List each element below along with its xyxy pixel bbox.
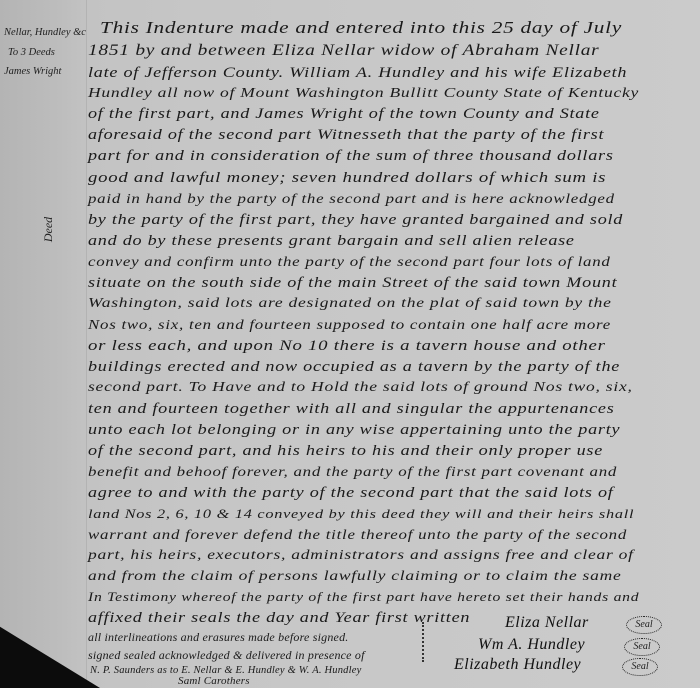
deed-line-25: warrant and forever defend the title the…: [88, 527, 627, 543]
deed-line-2: 1851 by and between Eliza Nellar widow o…: [88, 42, 599, 60]
deed-line-27: and from the claim of persons lawfully c…: [88, 569, 622, 585]
deed-line-23: agree to and with the party of the secon…: [88, 485, 614, 502]
deed-line-6: aforesaid of the second part Witnesseth …: [88, 127, 604, 144]
deed-line-26: part, his heirs, executors, administrato…: [88, 548, 634, 564]
deed-line-17: buildings erected and now occupied as a …: [88, 359, 620, 376]
witness-carothers: Saml Carothers: [178, 675, 250, 687]
deed-line-12: convey and confirm unto the party of the…: [88, 254, 611, 270]
vertical-note-deed: Deed: [41, 217, 56, 242]
deed-line-8: good and lawful money; seven hundred dol…: [88, 170, 606, 187]
deed-line-10: by the party of the first part, they hav…: [88, 212, 623, 229]
deed-line-11: and do by these presents grant bargain a…: [88, 233, 575, 250]
margin-rule: [86, 0, 87, 688]
scan-shadow-corner: [0, 620, 100, 688]
deed-line-9: paid in hand by the party of the second …: [88, 191, 615, 207]
deed-line-22: benefit and behoof forever, and the part…: [88, 464, 617, 480]
deed-line-1: This Indenture made and entered into thi…: [100, 18, 622, 38]
deed-line-24: land Nos 2, 6, 10 & 14 conveyed by this …: [88, 506, 634, 522]
deed-line-7: part for and in consideration of the sum…: [88, 148, 614, 165]
deed-line-5: of the first part, and James Wright of t…: [88, 106, 600, 123]
margin-note-parties: Nellar, Hundley &c: [4, 27, 86, 38]
deed-line-21: of the second part, and his heirs to his…: [88, 443, 603, 460]
signature-elizabeth-hundley: Elizabeth Hundley: [454, 656, 581, 674]
margin-note-deeds: To 3 Deeds: [8, 47, 55, 58]
deed-line-29: affixed their seals the day and Year fir…: [88, 610, 470, 627]
seal-icon: Seal: [624, 638, 660, 656]
deed-line-28: In Testimony whereof the party of the fi…: [88, 590, 639, 605]
interlineations-note: all interlineations and erasures made be…: [88, 630, 348, 645]
deed-line-16: or less each, and upon No 10 there is a …: [88, 338, 606, 355]
deed-line-13: situate on the south side of the main St…: [88, 275, 617, 292]
deed-line-14: Washington, said lots are designated on …: [88, 296, 612, 312]
signature-eliza-nellar: Eliza Nellar: [505, 614, 589, 632]
margin-note-grantee: James Wright: [4, 66, 61, 77]
seal-icon: Seal: [622, 658, 658, 676]
witness-presence-line: signed sealed acknowledged & delivered i…: [88, 648, 365, 663]
deed-line-3: late of Jefferson County. William A. Hun…: [88, 65, 627, 82]
deed-line-15: Nos two, six, ten and fourteen supposed …: [88, 317, 611, 333]
deed-page: Nellar, Hundley &c To 3 Deeds James Wrig…: [0, 0, 700, 688]
witness-bracket: [422, 622, 428, 662]
deed-line-4: Hundley all now of Mount Washington Bull…: [88, 86, 639, 102]
deed-line-19: ten and fourteen together with all and s…: [88, 401, 615, 418]
deed-line-18: second part. To Have and to Hold the sai…: [88, 380, 633, 396]
signature-wm-hundley: Wm A. Hundley: [478, 636, 585, 654]
deed-line-20: unto each lot belonging or in any wise a…: [88, 422, 620, 439]
seal-icon: Seal: [626, 616, 662, 634]
